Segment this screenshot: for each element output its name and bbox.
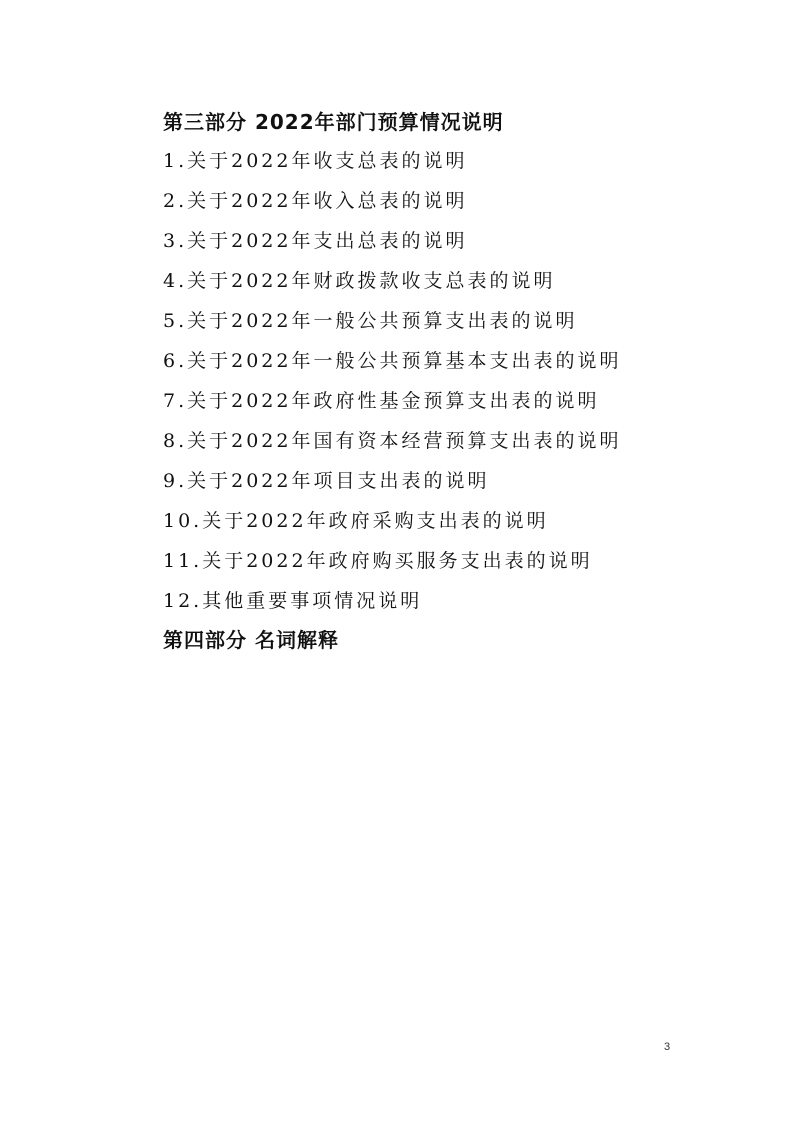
toc-item: 4.关于2022年财政拨款收支总表的说明 [163,269,555,293]
section-heading-part3: 第三部分 2022年部门预算情况说明 [163,110,504,134]
toc-item: 8.关于2022年国有资本经营预算支出表的说明 [163,429,621,453]
toc-item: 1.关于2022年收支总表的说明 [163,149,467,173]
toc-item: 6.关于2022年一般公共预算基本支出表的说明 [163,349,621,373]
section-heading-part4: 第四部分 名词解释 [163,628,339,652]
toc-item: 2.关于2022年收入总表的说明 [163,189,467,213]
toc-item: 3.关于2022年支出总表的说明 [163,229,467,253]
toc-item: 5.关于2022年一般公共预算支出表的说明 [163,309,577,333]
page-number: 3 [664,1041,670,1053]
document-page: 第三部分 2022年部门预算情况说明 1.关于2022年收支总表的说明 2.关于… [0,0,793,1122]
toc-item: 10.关于2022年政府采购支出表的说明 [163,509,549,533]
toc-item: 12.其他重要事项情况说明 [163,589,422,613]
toc-item: 9.关于2022年项目支出表的说明 [163,469,489,493]
toc-item: 7.关于2022年政府性基金预算支出表的说明 [163,389,599,413]
toc-item: 11.关于2022年政府购买服务支出表的说明 [163,549,593,573]
